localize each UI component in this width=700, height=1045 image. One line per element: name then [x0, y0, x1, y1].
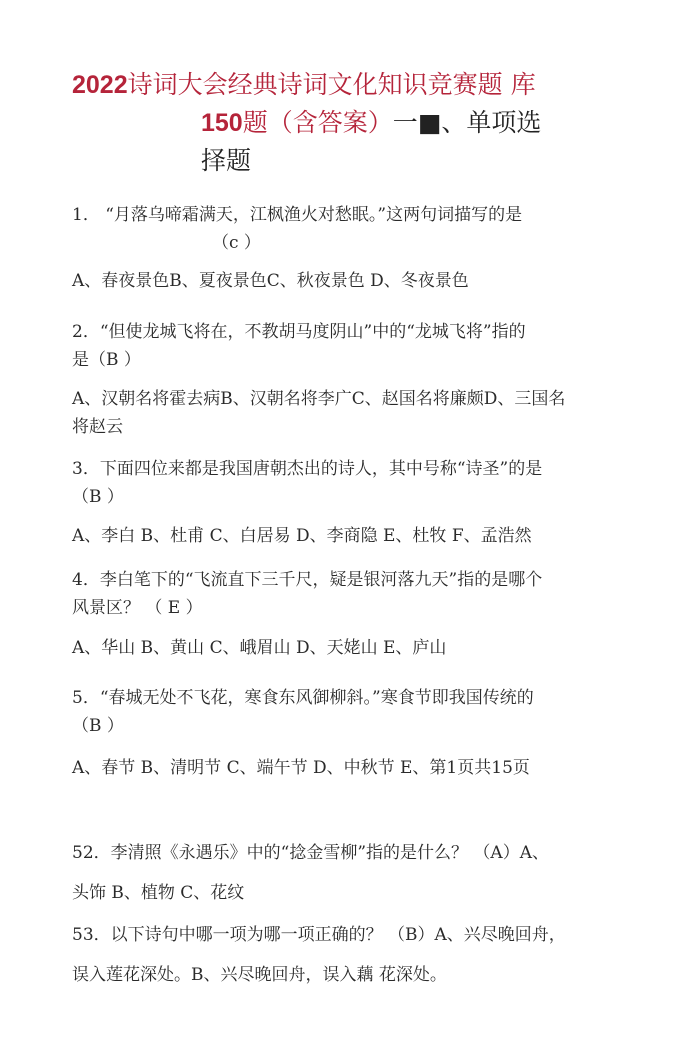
question-2-options: A、汉朝名将霍去病B、汉朝名将李广C、赵国名将廉颇D、三国名 将赵云 [72, 385, 632, 441]
title-line-1: 2022诗词大会经典诗词文化知识竞赛题 库 [72, 66, 642, 104]
question-stem-cont: （B ） [72, 712, 632, 740]
question-stem: 52．李清照《永遇乐》中的“捻金雪柳”指的是什么？ （A）A、 [72, 833, 632, 873]
question-3-options: A、李白 B、杜甫 C、白居易 D、李商隐 E、杜牧 F、孟浩然 [72, 522, 632, 550]
question-stem: 2．“但使龙城飞将在，不教胡马度阴山”中的“龙城飞将”指的 [72, 318, 632, 346]
question-1-options: A、春夜景色B、夏夜景色C、秋夜景色 D、冬夜景色 [72, 267, 632, 295]
document-page: 2022诗词大会经典诗词文化知识竞赛题 库 150题（含答案）一■、单项选 择题… [0, 0, 700, 1045]
question-1: 1． “月落乌啼霜满天，江枫渔火对愁眠。”这两句词描写的是 （c ） [72, 201, 632, 257]
question-5: 5．“春城无处不飞花，寒食东风御柳斜。”寒食节即我国传统的 （B ） [72, 684, 632, 740]
title-year: 2022 [72, 71, 128, 99]
title-text-2: 题（含答案） [243, 108, 393, 137]
title-count: 150 [201, 109, 243, 137]
question-stem: 4．李白笔下的“飞流直下三千尺，疑是银河落九天”指的是哪个 [72, 566, 632, 594]
question-4: 4．李白笔下的“飞流直下三千尺，疑是银河落九天”指的是哪个 风景区？ （ E ） [72, 566, 632, 622]
question-stem-cont: 头饰 B、植物 C、花纹 [72, 873, 632, 913]
question-stem: 53．以下诗句中哪一项为哪一项正确的？ （B）A、兴尽晚回舟， [72, 915, 632, 955]
options-line: A、汉朝名将霍去病B、汉朝名将李广C、赵国名将廉颇D、三国名 [72, 385, 632, 413]
document-title: 2022诗词大会经典诗词文化知识竞赛题 库 150题（含答案）一■、单项选 择题 [72, 66, 642, 180]
question-53: 53．以下诗句中哪一项为哪一项正确的？ （B）A、兴尽晚回舟， 误入莲花深处。B… [72, 915, 632, 995]
question-2: 2．“但使龙城飞将在，不教胡马度阴山”中的“龙城飞将”指的 是（B ） [72, 318, 632, 374]
question-stem: 1． “月落乌啼霜满天，江枫渔火对愁眠。”这两句词描写的是 [72, 201, 632, 229]
question-stem-cont: 误入莲花深处。B、兴尽晚回舟，误入藕 花深处。 [72, 955, 632, 995]
question-4-options: A、华山 B、黄山 C、峨眉山 D、天姥山 E、庐山 [72, 634, 632, 662]
question-stem-cont: 是（B ） [72, 346, 632, 374]
section-heading-1: 一■、单项选 [393, 108, 542, 137]
question-5-options: A、春节 B、清明节 C、端午节 D、中秋节 E、第1页共15页 [72, 754, 632, 782]
question-52: 52．李清照《永遇乐》中的“捻金雪柳”指的是什么？ （A）A、 头饰 B、植物 … [72, 833, 632, 913]
options-line-cont: 将赵云 [72, 413, 632, 441]
title-text-1: 诗词大会经典诗词文化知识竞赛题 库 [128, 70, 536, 99]
section-heading-2: 择题 [72, 142, 642, 180]
title-line-2: 150题（含答案）一■、单项选 [72, 104, 642, 142]
question-stem: 5．“春城无处不飞花，寒食东风御柳斜。”寒食节即我国传统的 [72, 684, 632, 712]
question-stem-cont: （B ） [72, 483, 632, 511]
question-stem-cont: 风景区？ （ E ） [72, 594, 632, 622]
question-answer: （c ） [72, 229, 632, 257]
question-3: 3．下面四位来都是我国唐朝杰出的诗人，其中号称“诗圣”的是 （B ） [72, 455, 632, 511]
question-stem: 3．下面四位来都是我国唐朝杰出的诗人，其中号称“诗圣”的是 [72, 455, 632, 483]
